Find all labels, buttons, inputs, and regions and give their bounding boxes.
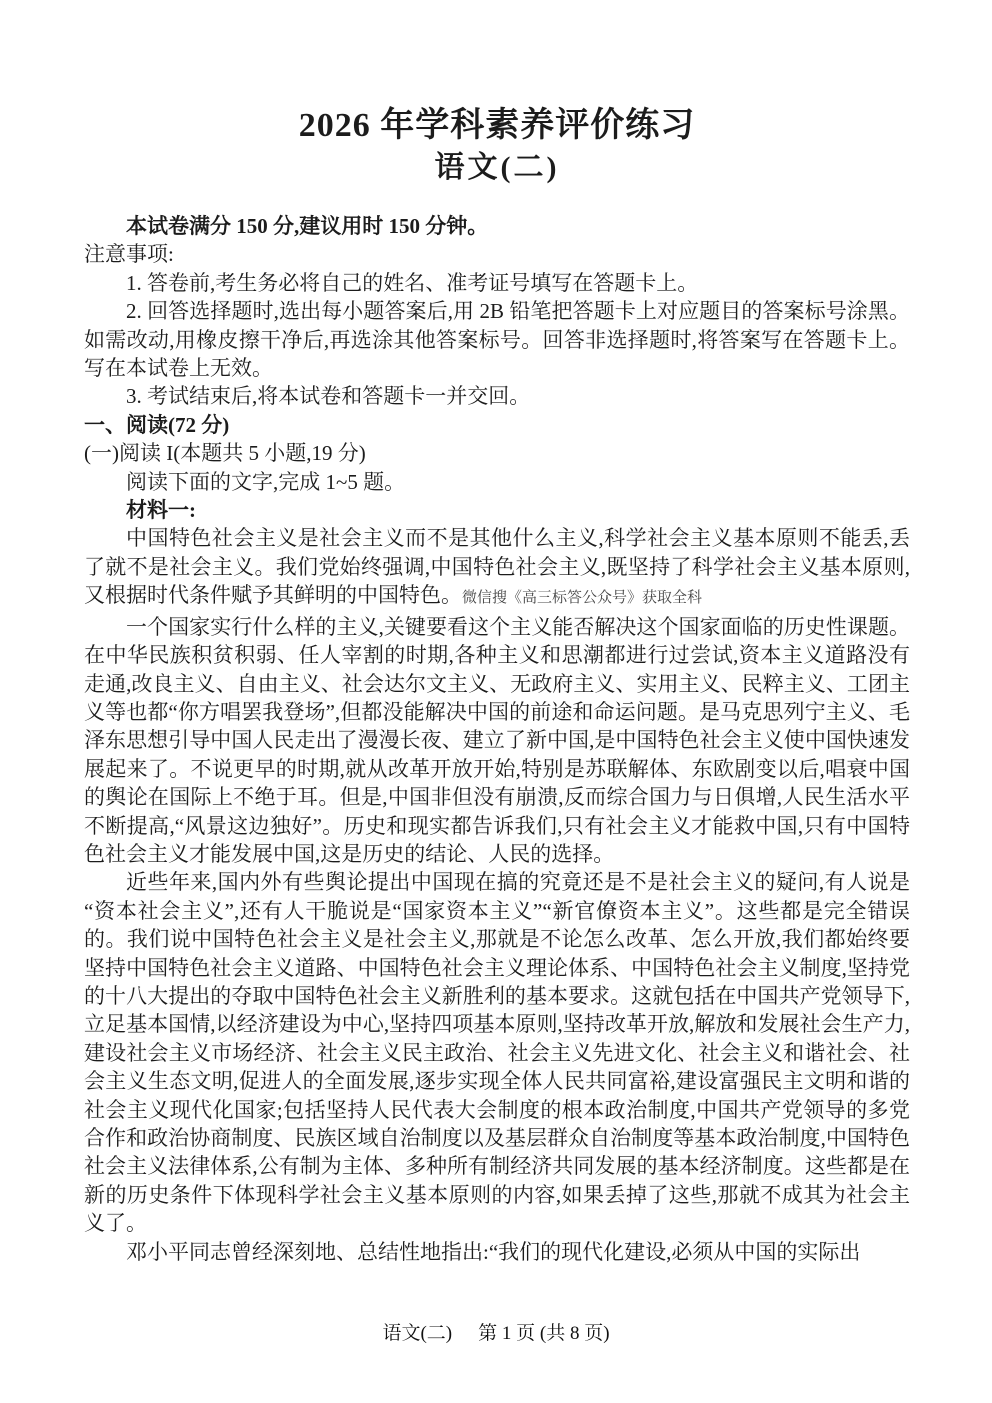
reading-instruction: 阅读下面的文字,完成 1~5 题。 [84, 468, 910, 496]
exam-summary: 本试卷满分 150 分,建议用时 150 分钟。 [84, 212, 910, 240]
notice-item-3: 3. 考试结束后,将本试卷和答题卡一并交回。 [84, 382, 910, 410]
subsection-heading: (一)阅读 I(本题共 5 小题,19 分) [84, 439, 910, 467]
material-paragraph-4: 邓小平同志曾经深刻地、总结性地指出:“我们的现代化建设,必须从中国的实际出 [84, 1238, 910, 1266]
material-paragraph-2: 一个国家实行什么样的主义,关键要看这个主义能否解决这个国家面临的历史性课题。在中… [84, 613, 910, 869]
notice-item-1: 1. 答卷前,考生务必将自己的姓名、准考证号填写在答题卡上。 [84, 269, 910, 297]
notice-item-2: 2. 回答选择题时,选出每小题答案后,用 2B 铅笔把答题卡上对应题目的答案标号… [84, 297, 910, 382]
section-heading: 一、阅读(72 分) [84, 411, 910, 439]
material-paragraph-3: 近些年来,国内外有些舆论提出中国现在搞的究竟还是不是社会主义的疑问,有人说是“资… [84, 868, 910, 1237]
page-footer: 语文(二)第 1 页 (共 8 页) [0, 1318, 992, 1345]
watermark-text: 微信搜《高三标答公众号》获取全科 [462, 590, 702, 606]
footer-subject: 语文(二) [382, 1323, 452, 1344]
material-label: 材料一: [84, 496, 910, 524]
material-paragraph-1: 中国特色社会主义是社会主义而不是其他什么主义,科学社会主义基本原则不能丢,丢了就… [84, 524, 910, 612]
exam-body: 本试卷满分 150 分,建议用时 150 分钟。 注意事项: 1. 答卷前,考生… [84, 212, 910, 1266]
notice-heading: 注意事项: [84, 240, 910, 268]
footer-page-number: 第 1 页 (共 8 页) [478, 1323, 609, 1344]
page-title: 2026 年学科素养评价练习 [84, 104, 910, 148]
page-subtitle: 语文(二) [84, 148, 910, 188]
exam-page: 2026 年学科素养评价练习 语文(二) 本试卷满分 150 分,建议用时 15… [0, 0, 992, 1403]
